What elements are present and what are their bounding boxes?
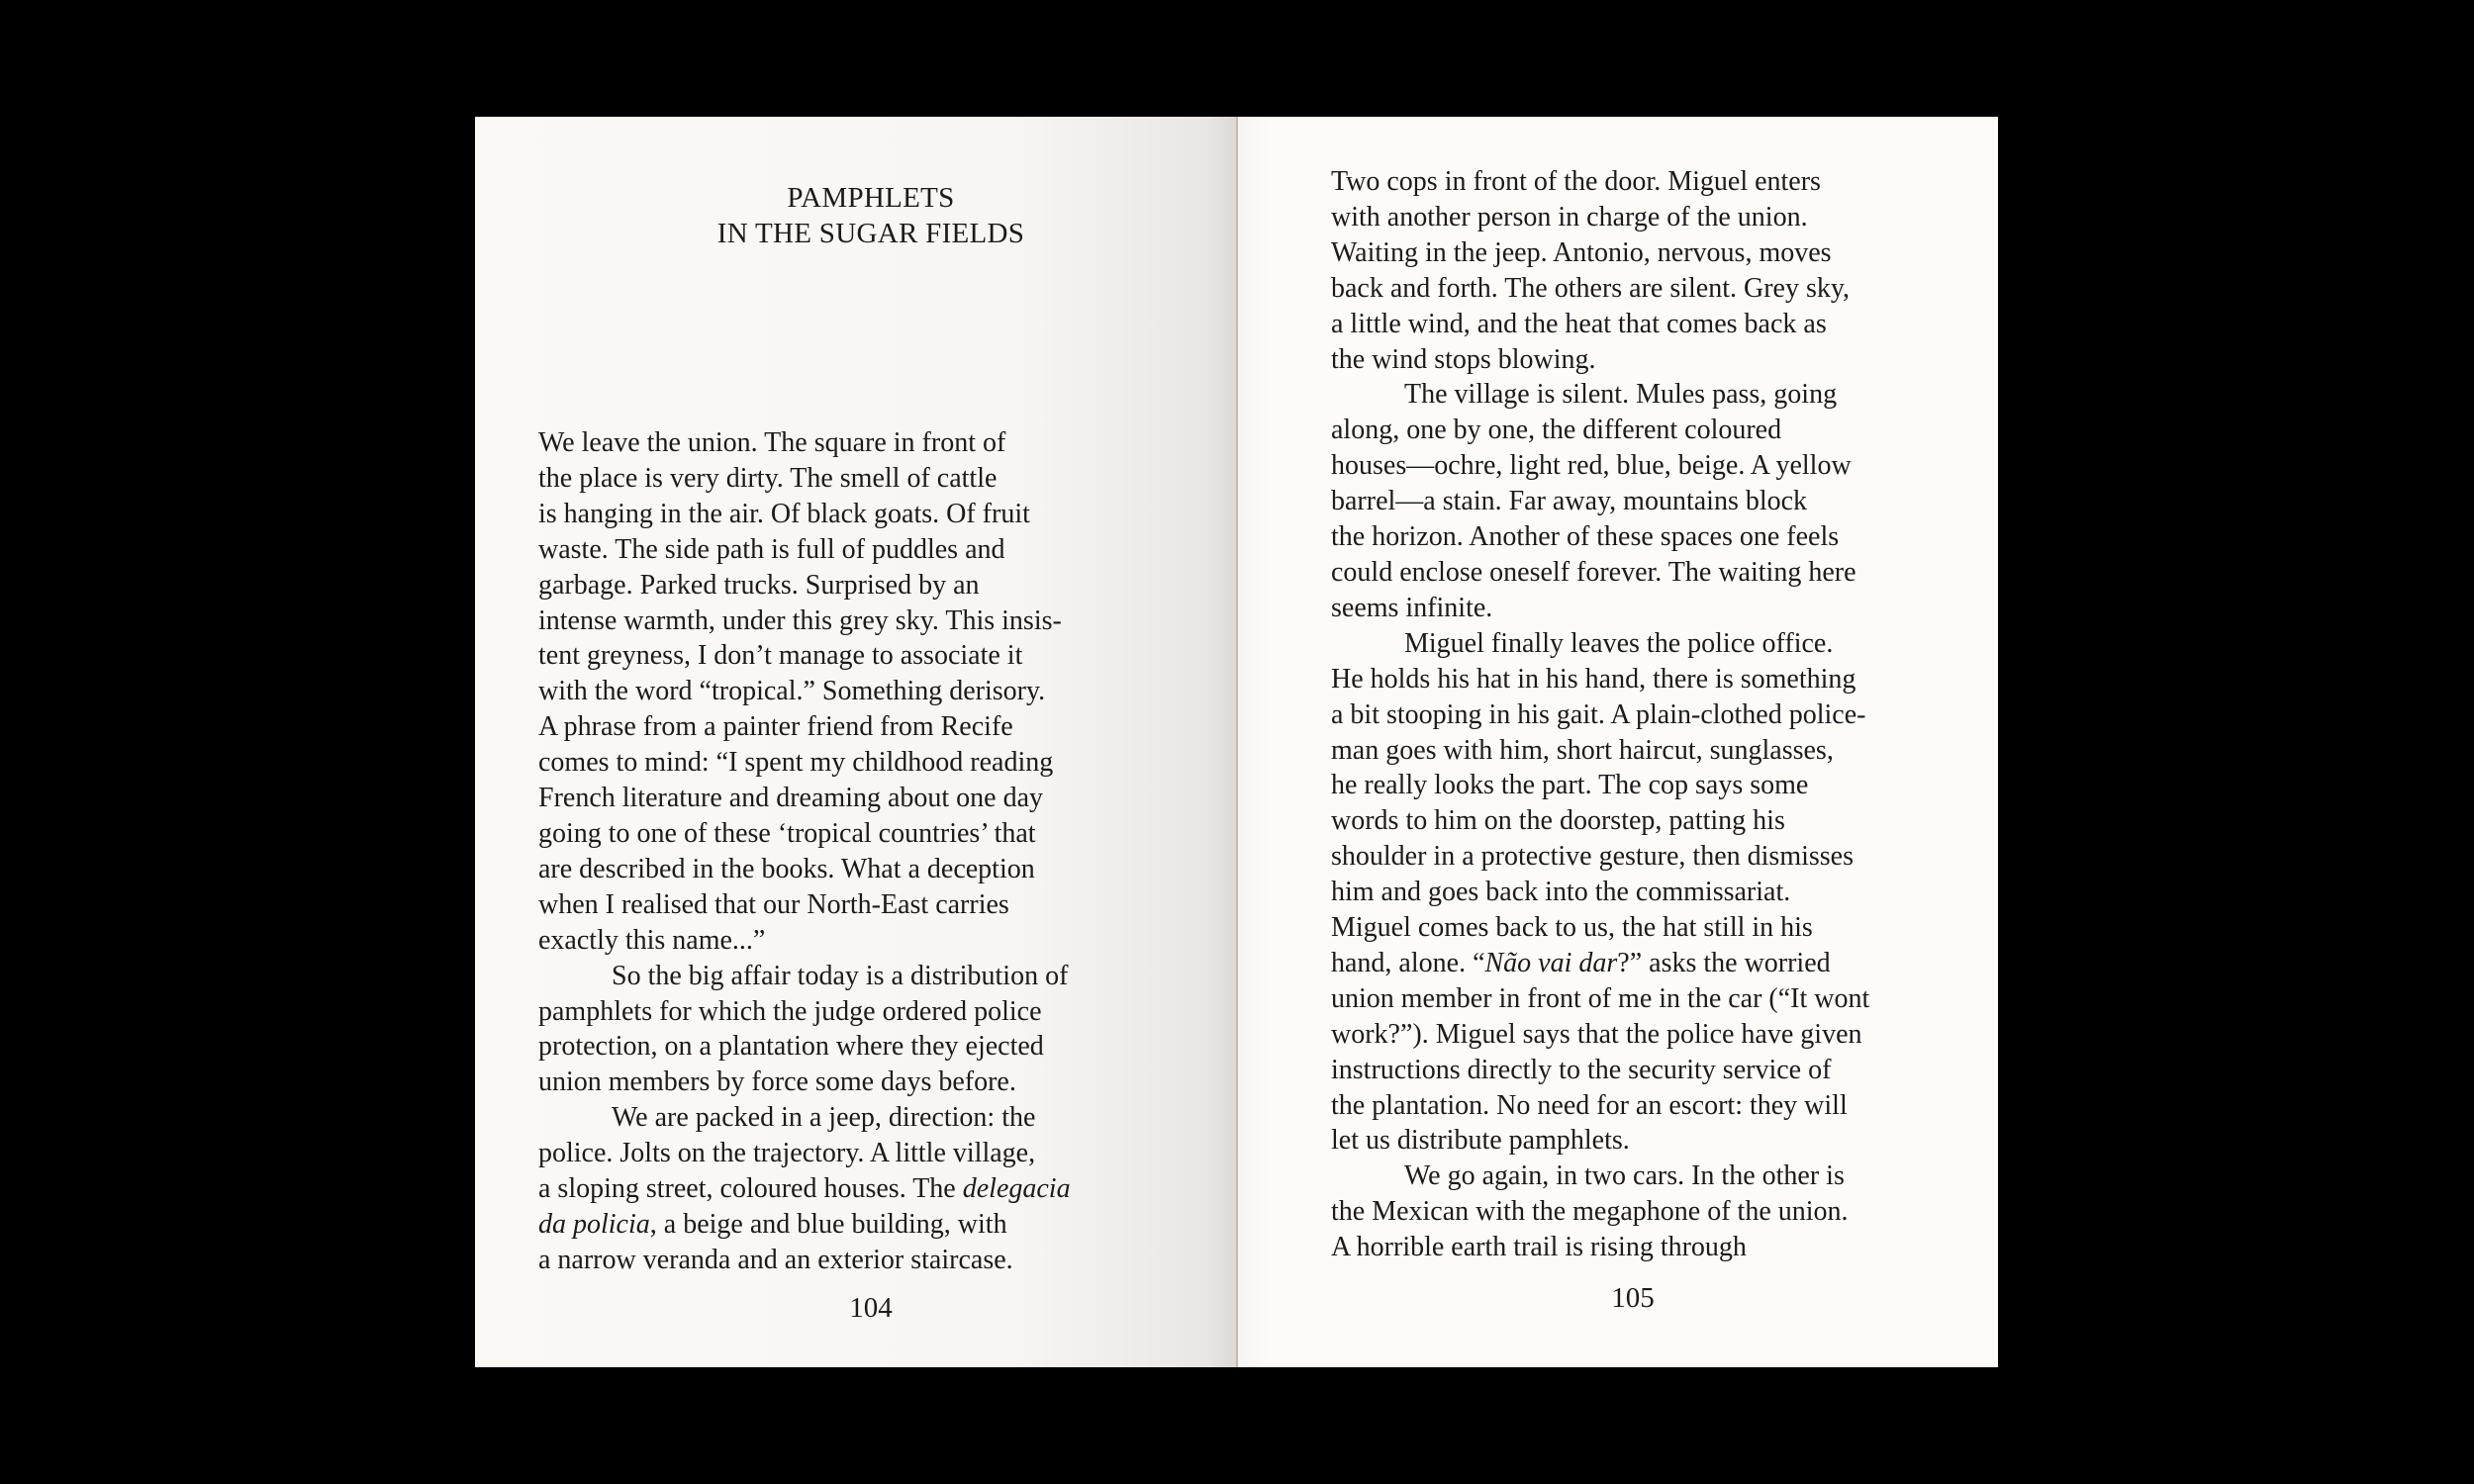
text-line: police. Jolts on the trajectory. A littl… — [538, 1136, 1132, 1171]
page-number-left: 104 — [475, 1292, 1237, 1325]
text-line: the Mexican with the megaphone of the un… — [1331, 1194, 1935, 1230]
page-number-right: 105 — [1238, 1282, 1998, 1315]
text-line: him and goes back into the commissariat. — [1331, 875, 1935, 910]
text-line: back and forth. The others are silent. G… — [1331, 271, 1935, 307]
text-line: houses—ochre, light red, blue, beige. A … — [1331, 448, 1935, 484]
text-line: a bit stooping in his gait. A plain-clot… — [1331, 697, 1935, 733]
text-line: work?”). Miguel says that the police hav… — [1331, 1017, 1935, 1053]
text-segment: hand, alone. “ — [1331, 948, 1485, 978]
text-line: when I realised that our North-East carr… — [538, 887, 1132, 923]
left-page-body: We leave the union. The square in front … — [538, 425, 1132, 1278]
text-line: the plantation. No need for an escort: t… — [1331, 1088, 1935, 1124]
text-line: shoulder in a protective gesture, then d… — [1331, 839, 1935, 875]
text-line: barrel—a stain. Far away, mountains bloc… — [1331, 484, 1935, 519]
italic-phrase: da policia — [538, 1209, 650, 1240]
text-line: let us distribute pamphlets. — [1331, 1123, 1935, 1159]
text-line: man goes with him, short haircut, sungla… — [1331, 733, 1935, 769]
right-page: Two cops in front of the door. Miguel en… — [1238, 117, 1998, 1367]
text-line: We are packed in a jeep, direction: the — [538, 1100, 1132, 1136]
chapter-title-line-2: IN THE SUGAR FIELDS — [505, 216, 1237, 251]
text-line: seems infinite. — [1331, 591, 1935, 626]
text-line: pamphlets for which the judge ordered po… — [538, 994, 1132, 1030]
text-line: hand, alone. “Não vai dar?” asks the wor… — [1331, 946, 1935, 981]
text-line: A phrase from a painter friend from Reci… — [538, 709, 1132, 745]
text-line: Waiting in the jeep. Antonio, nervous, m… — [1331, 235, 1935, 271]
text-line: tent greyness, I don’t manage to associa… — [538, 638, 1132, 674]
text-line: is hanging in the air. Of black goats. O… — [538, 497, 1132, 532]
text-line: We leave the union. The square in front … — [538, 425, 1132, 461]
text-line: a narrow veranda and an exterior stairca… — [538, 1243, 1132, 1278]
text-line: a little wind, and the heat that comes b… — [1331, 307, 1935, 342]
italic-phrase: Não vai dar — [1485, 948, 1618, 978]
text-line: going to one of these ‘tropical countrie… — [538, 816, 1132, 852]
text-line: he really looks the part. The cop says s… — [1331, 768, 1935, 803]
text-line: the horizon. Another of these spaces one… — [1331, 519, 1935, 555]
chapter-title-line-1: PAMPHLETS — [505, 180, 1237, 216]
text-line: waste. The side path is full of puddles … — [538, 532, 1132, 568]
chapter-title: PAMPHLETS IN THE SUGAR FIELDS — [475, 180, 1237, 251]
text-line: the place is very dirty. The smell of ca… — [538, 461, 1132, 497]
text-line: da policia, a beige and blue building, w… — [538, 1207, 1132, 1243]
text-line: garbage. Parked trucks. Surprised by an — [538, 568, 1132, 603]
text-line: instructions directly to the security se… — [1331, 1053, 1935, 1088]
text-line: exactly this name...” — [538, 923, 1132, 959]
text-line: are described in the books. What a decep… — [538, 852, 1132, 887]
text-segment: ?” asks the worried — [1617, 948, 1830, 978]
text-line: Miguel finally leaves the police office. — [1331, 626, 1935, 662]
italic-phrase: delegacia — [963, 1173, 1071, 1204]
text-line: comes to mind: “I spent my childhood rea… — [538, 745, 1132, 781]
text-line: union members by force some days before. — [538, 1065, 1132, 1100]
text-line: with the word “tropical.” Something deri… — [538, 674, 1132, 709]
text-line: protection, on a plantation where they e… — [538, 1029, 1132, 1065]
text-line: Two cops in front of the door. Miguel en… — [1331, 164, 1935, 200]
text-line: intense warmth, under this grey sky. Thi… — [538, 603, 1132, 639]
right-page-body: Two cops in front of the door. Miguel en… — [1331, 164, 1935, 1265]
text-line: So the big affair today is a distributio… — [538, 959, 1132, 994]
text-line: along, one by one, the different coloure… — [1331, 413, 1935, 448]
text-line: could enclose oneself forever. The waiti… — [1331, 555, 1935, 591]
text-line: a sloping street, coloured houses. The d… — [538, 1171, 1132, 1207]
text-line: Miguel comes back to us, the hat still i… — [1331, 910, 1935, 946]
text-line: French literature and dreaming about one… — [538, 781, 1132, 816]
text-line: He holds his hat in his hand, there is s… — [1331, 662, 1935, 697]
text-line: We go again, in two cars. In the other i… — [1331, 1159, 1935, 1194]
text-segment: a sloping street, coloured houses. The — [538, 1173, 963, 1204]
text-line: with another person in charge of the uni… — [1331, 200, 1935, 235]
text-line: The village is silent. Mules pass, going — [1331, 377, 1935, 413]
text-line: A horrible earth trail is rising through — [1331, 1230, 1935, 1265]
text-line: words to him on the doorstep, patting hi… — [1331, 803, 1935, 839]
text-line: the wind stops blowing. — [1331, 342, 1935, 378]
text-segment: , a beige and blue building, with — [650, 1209, 1007, 1240]
text-line: union member in front of me in the car (… — [1331, 981, 1935, 1017]
left-page: PAMPHLETS IN THE SUGAR FIELDS We leave t… — [475, 117, 1237, 1367]
